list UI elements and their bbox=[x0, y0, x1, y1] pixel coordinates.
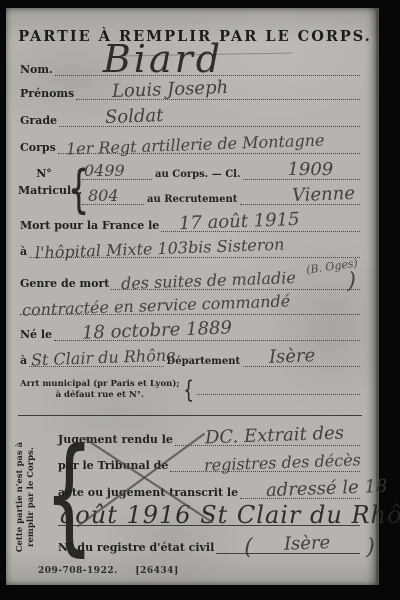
genre-mort-value: des suites de maladie bbox=[121, 270, 296, 292]
genre-mort-label: Genre de mort bbox=[20, 278, 111, 290]
field-jugement-suite: août 1916 St Clair du Rhône bbox=[58, 506, 360, 526]
au-corps-label: au Corps. — Cl. bbox=[152, 169, 243, 180]
departement-line: Isère bbox=[243, 346, 360, 367]
lieu-mort-label: à bbox=[20, 246, 29, 258]
corps-label: Corps bbox=[20, 142, 58, 154]
tribunal-line: registres des décès bbox=[170, 451, 360, 472]
prenoms-value: Louis Joseph bbox=[112, 79, 229, 101]
matricule-corps-value: 0499 bbox=[84, 163, 125, 179]
mort-value: 17 août 1915 bbox=[179, 211, 300, 233]
jugement-rendu-label: Jugement rendu le bbox=[58, 434, 175, 446]
section-divider bbox=[18, 415, 362, 416]
field-grade: Grade Soldat bbox=[20, 107, 360, 127]
field-arrondissement: Arrt municipal (pr Paris et Lyon); à déf… bbox=[20, 378, 360, 402]
lieu-recrutement-value: Vienne bbox=[292, 185, 356, 205]
registre-paren-open: ( bbox=[244, 537, 253, 559]
field-genre-mort: Genre de mort des suites de maladie ) bbox=[20, 270, 360, 290]
arrondissement-label: Arrt municipal (pr Paris et Lyon); à déf… bbox=[20, 379, 180, 402]
lieu-mort-value: l'hôpital Mixte 103bis Sisteron bbox=[35, 237, 285, 262]
closing-paren-mark: ) bbox=[347, 271, 356, 293]
naissance-value: St Clair du Rhône bbox=[31, 347, 176, 368]
field-genre-mort-suite: contractée en service commandé bbox=[20, 295, 360, 315]
transcrit-value: adressé le 18 bbox=[266, 478, 388, 500]
matricule-label-no: N° bbox=[36, 167, 52, 180]
nom-value: Biard bbox=[103, 40, 223, 78]
nom-line: Biard bbox=[55, 55, 360, 76]
genre-mort-suite-line: contractée en service commandé bbox=[20, 294, 360, 315]
classe-value: 1909 bbox=[287, 161, 333, 179]
prenoms-label: Prénoms bbox=[20, 88, 76, 100]
arrondissement-label-line1: Arrt municipal (pr Paris et Lyon); bbox=[20, 379, 180, 389]
au-recrutement-label: au Recrutement bbox=[144, 194, 240, 205]
field-lieu-mort: à l'hôpital Mixte 103bis Sisteron bbox=[20, 238, 360, 258]
ne-le-value: 18 octobre 1889 bbox=[82, 319, 232, 342]
matricule-recrutement-line: 804 bbox=[82, 184, 144, 205]
grade-value: Soldat bbox=[105, 107, 164, 127]
field-transcrit: acte ou jugement transcrit le adressé le… bbox=[58, 479, 360, 499]
naissance-line: St Clair du Rhône bbox=[29, 346, 163, 367]
jugement-rendu-line: DC. Extrait des bbox=[175, 425, 360, 446]
field-jugement-rendu: Jugement rendu le DC. Extrait des bbox=[58, 426, 360, 446]
registre-paren-close: ) bbox=[366, 537, 375, 559]
matricule-label: N° Matricule. bbox=[18, 166, 70, 199]
field-nom: Nom. Biard bbox=[20, 56, 360, 76]
record-card: PARTIE À REMPLIR PAR LE CORPS. Nom. Biar… bbox=[6, 8, 379, 585]
nom-label: Nom. bbox=[20, 64, 55, 76]
genre-mort-suite-value: contractée en service commandé bbox=[22, 293, 291, 318]
registre-value: Isère bbox=[284, 534, 331, 554]
arrondissement-brace: { bbox=[183, 378, 194, 402]
photo-frame: PARTIE À REMPLIR PAR LE CORPS. Nom. Biar… bbox=[0, 0, 400, 600]
registre-label: N° du registre d'état civil bbox=[58, 542, 216, 554]
side-note: Cette partie n'est pas à remplir par le … bbox=[15, 432, 37, 562]
field-ne-le: Né le 18 octobre 1889 bbox=[20, 321, 360, 341]
tribunal-label: par le Tribunal de bbox=[58, 460, 170, 472]
field-corps: Corps 1er Regt artillerie de Montagne bbox=[20, 134, 360, 154]
matricule-recrutement-value: 804 bbox=[88, 188, 119, 204]
tribunal-value: registres des décès bbox=[204, 452, 361, 473]
field-prenoms: Prénoms Louis Joseph bbox=[20, 80, 360, 100]
genre-mort-line: des suites de maladie ) bbox=[111, 269, 360, 290]
transcrit-label: acte ou jugement transcrit le bbox=[58, 487, 240, 499]
corps-line: 1er Regt artillerie de Montagne bbox=[58, 133, 360, 154]
transcrit-line: adressé le 18 bbox=[240, 478, 360, 499]
mort-line: 17 août 1915 bbox=[161, 211, 360, 232]
grade-line: Soldat bbox=[59, 106, 360, 127]
classe-line: 1909 bbox=[243, 159, 360, 180]
departement-value: Isère bbox=[269, 347, 316, 367]
matricule-row-corps: 0499 au Corps. — Cl. 1909 bbox=[82, 160, 360, 180]
imprint: 209-708-1922. [26434] bbox=[38, 566, 179, 576]
mort-label: Mort pour la France le bbox=[20, 220, 161, 232]
corps-value: 1er Regt artillerie de Montagne bbox=[66, 132, 325, 157]
arrondissement-line bbox=[197, 385, 360, 395]
registre-line: ( Isère ) bbox=[216, 533, 360, 554]
matricule-row-recrutement: 804 au Recrutement Vienne bbox=[82, 185, 360, 205]
ne-le-line: 18 octobre 1889 bbox=[54, 320, 360, 341]
imprint-code: 209-708-1922. bbox=[38, 566, 118, 576]
imprint-ref: [26434] bbox=[135, 566, 178, 576]
field-registre: N° du registre d'état civil ( Isère ) bbox=[58, 534, 360, 554]
jugement-suite-line: août 1916 St Clair du Rhône bbox=[58, 505, 360, 526]
jugement-rendu-value: DC. Extrait des bbox=[205, 425, 345, 448]
grade-label: Grade bbox=[20, 115, 59, 127]
lieu-mort-line: l'hôpital Mixte 103bis Sisteron bbox=[29, 237, 360, 258]
naissance-label: à bbox=[20, 355, 29, 367]
field-tribunal: par le Tribunal de registres des décès bbox=[58, 452, 360, 472]
ne-le-label: Né le bbox=[20, 329, 54, 341]
arrondissement-label-line2: à défaut rue et N°. bbox=[20, 390, 180, 401]
field-naissance: à St Clair du Rhône Département Isère bbox=[20, 347, 360, 367]
lieu-recrutement-line: Vienne bbox=[240, 184, 360, 205]
field-mort: Mort pour la France le 17 août 1915 bbox=[20, 212, 360, 232]
matricule-corps-line: 0499 bbox=[82, 159, 152, 180]
jugement-suite-value: août 1916 St Clair du Rhône bbox=[60, 503, 400, 527]
prenoms-line: Louis Joseph bbox=[76, 79, 360, 100]
